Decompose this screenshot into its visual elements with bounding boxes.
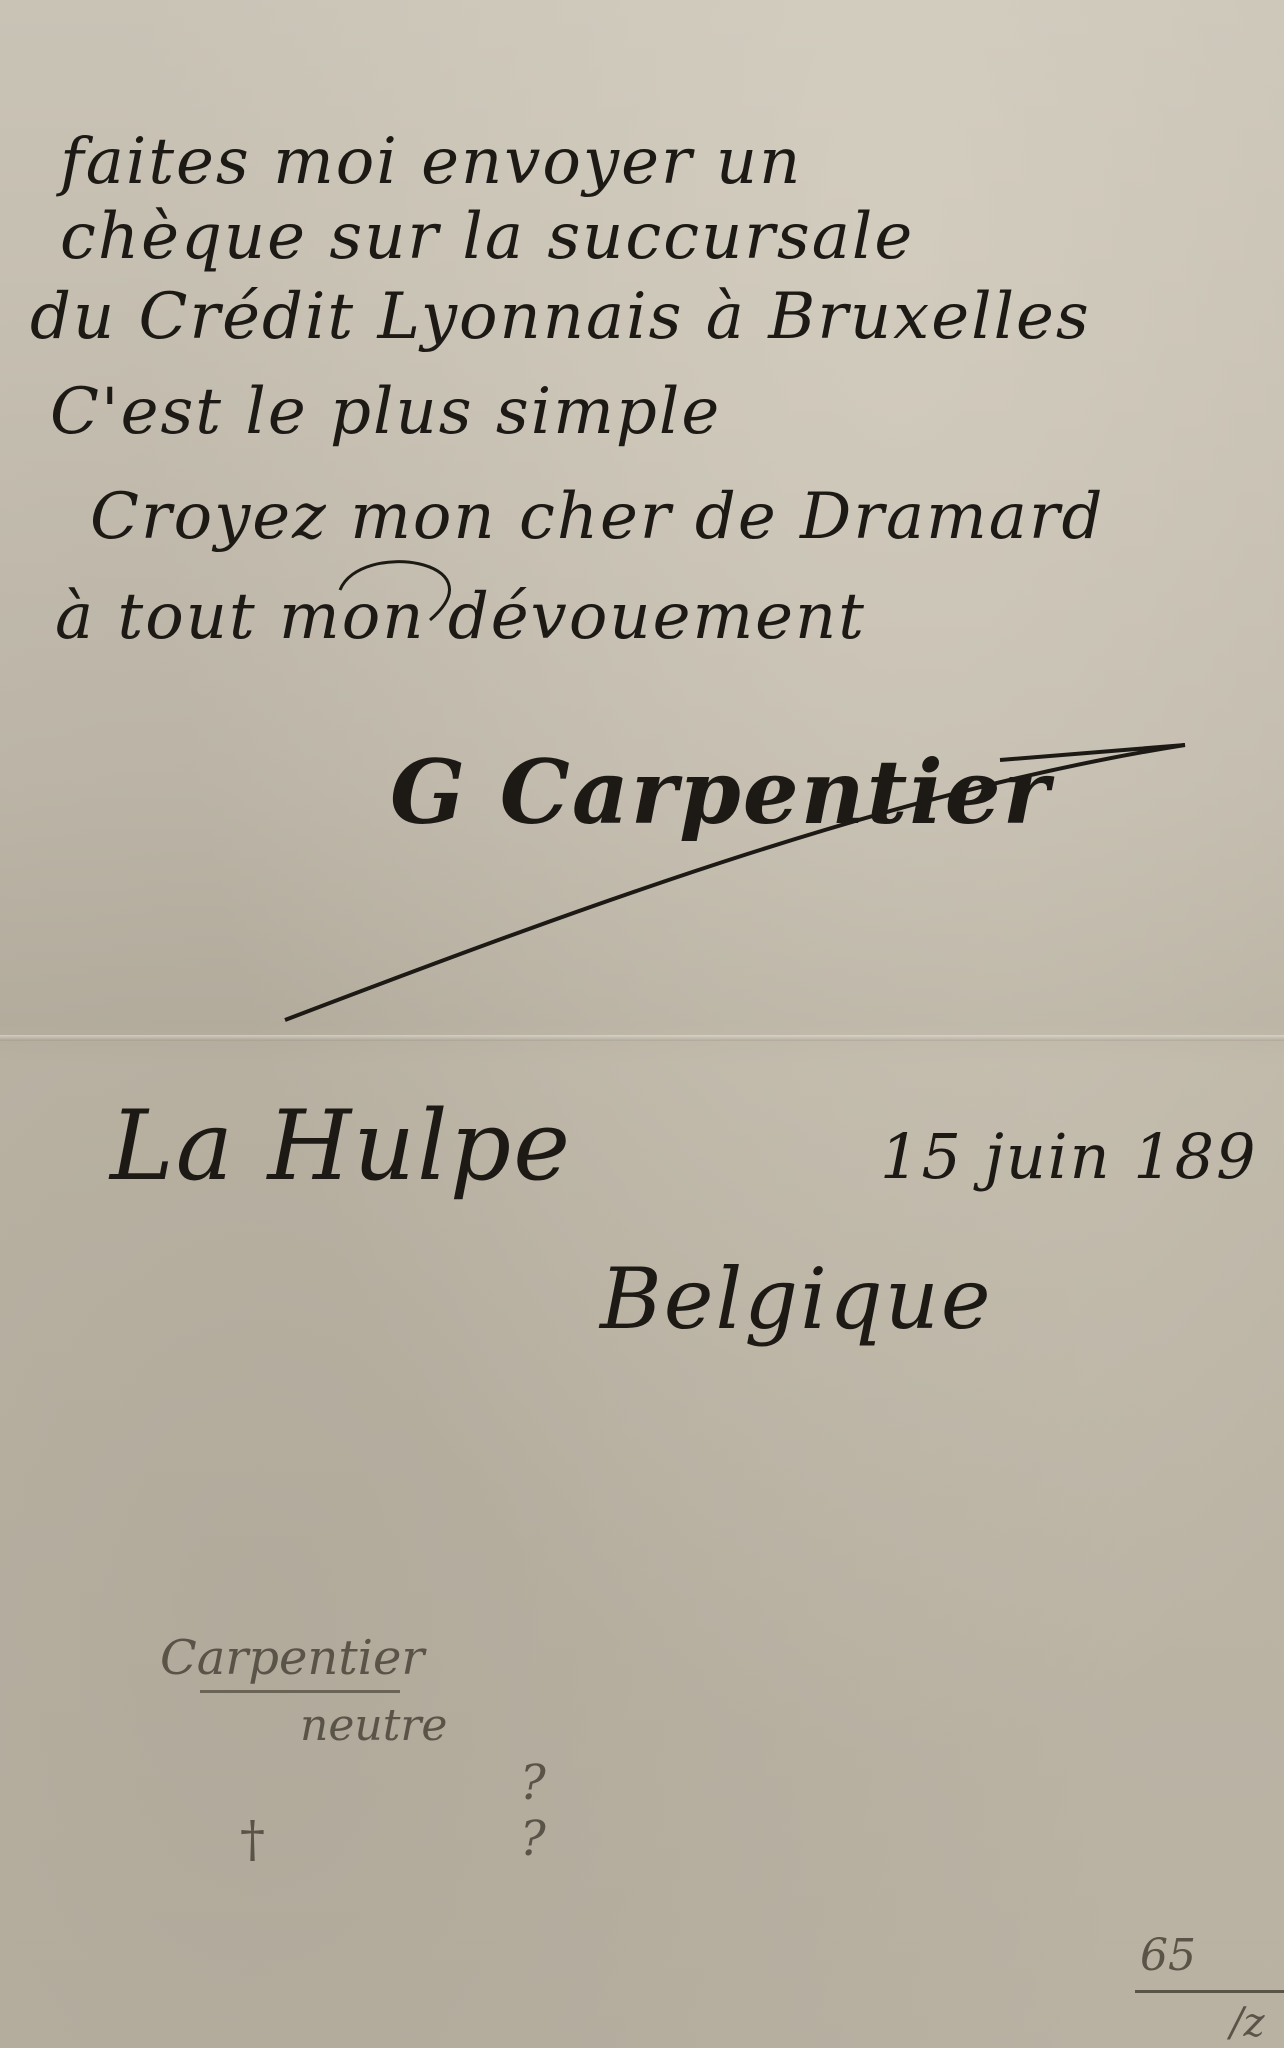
place-name: La Hulpe bbox=[110, 1090, 572, 1202]
signature: G Carpentier bbox=[390, 740, 1051, 844]
reference-number: 65 bbox=[1140, 1930, 1196, 1981]
pencil-annotation-name: Carpentier bbox=[160, 1630, 424, 1686]
pencil-underline bbox=[200, 1690, 400, 1693]
letter-line-3: du Crédit Lyonnais à Bruxelles bbox=[30, 280, 1091, 354]
letter-line-2: chèque sur la succursale bbox=[60, 200, 914, 274]
country-name: Belgique bbox=[600, 1250, 993, 1348]
reference-fraction: /z bbox=[1230, 2000, 1265, 2046]
letter-line-6: à tout mon dévouement bbox=[55, 580, 866, 654]
letter-date: 15 juin 189 bbox=[880, 1120, 1258, 1193]
pencil-annotation-note: neutre bbox=[300, 1700, 447, 1751]
reference-line bbox=[1135, 1990, 1284, 1993]
cross-mark-icon: † bbox=[240, 1810, 265, 1868]
letter-line-1: faites moi envoyer un bbox=[60, 125, 802, 199]
letter-line-4: C'est le plus simple bbox=[50, 375, 721, 449]
paper-fold bbox=[0, 1035, 1284, 1041]
letter-line-5: Croyez mon cher de Dramard bbox=[90, 480, 1105, 554]
question-marks: ? ? bbox=[520, 1755, 546, 1867]
letter-page: faites moi envoyer un chèque sur la succ… bbox=[0, 0, 1284, 2048]
